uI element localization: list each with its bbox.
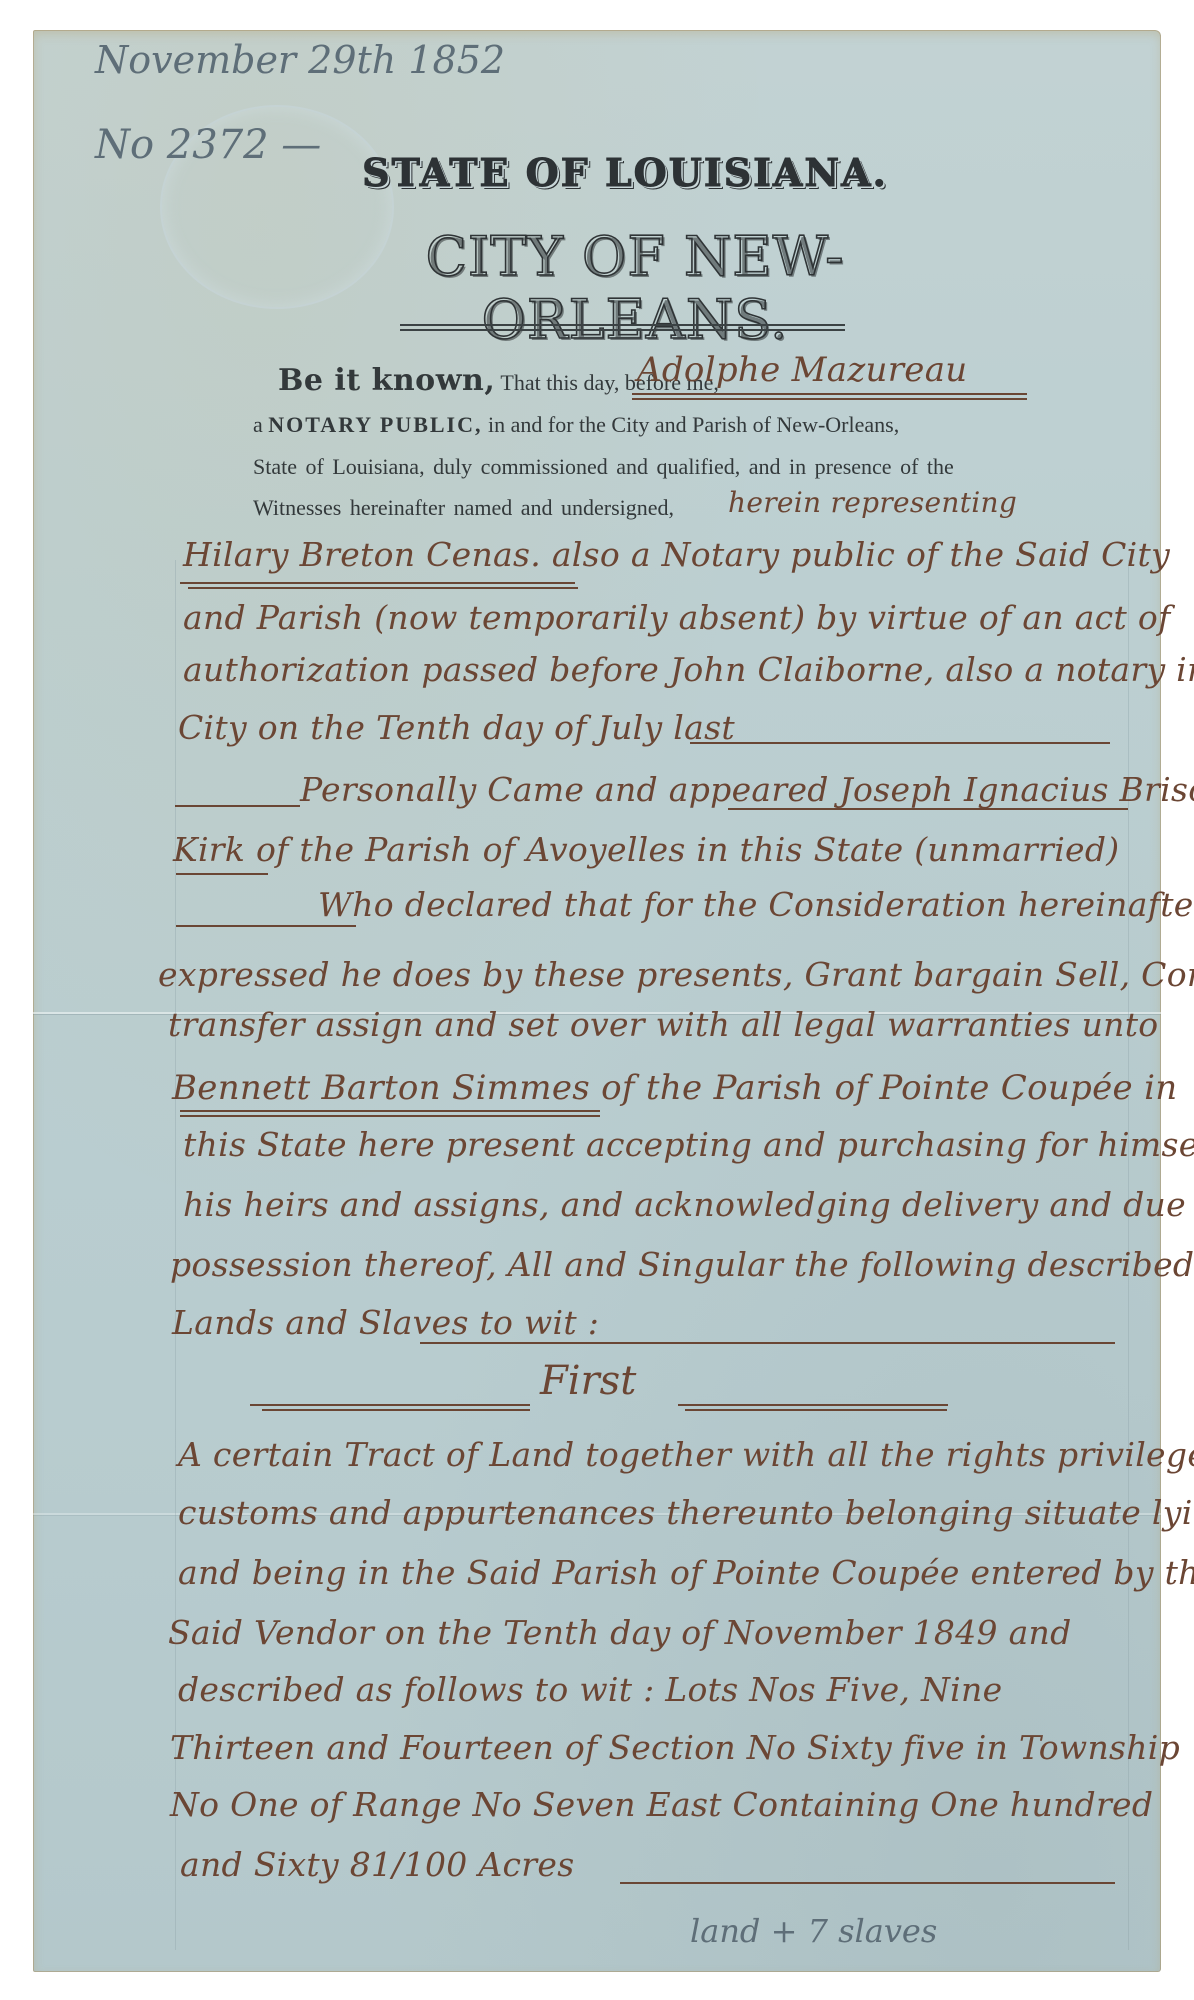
fill-rule	[620, 1882, 1115, 1884]
printed-line-4: Witnesses hereinafter named and undersig…	[253, 495, 674, 521]
handwritten-line: Lands and Slaves to wit :	[172, 1303, 599, 1342]
handwritten-line: No One of Range No Seven East Containing…	[170, 1785, 1153, 1824]
name-underline	[632, 398, 1027, 400]
name-underline	[632, 393, 1027, 395]
handwritten-line: City on the Tenth day of July last	[178, 708, 735, 747]
name-underline	[180, 582, 575, 584]
handwritten-line: and being in the Said Parish of Pointe C…	[178, 1553, 1194, 1592]
printed-line-3: State of Louisiana, duly commissioned an…	[253, 454, 954, 480]
name-underline	[180, 1115, 600, 1117]
heading-rule	[678, 1404, 948, 1406]
handwritten-line: Who declared that for the Consideration …	[318, 885, 1194, 924]
notary-name: Adolphe Mazureau	[637, 350, 968, 390]
handwritten-line: Bennett Barton Simmes of the Parish of P…	[172, 1068, 1177, 1108]
header-rule	[400, 329, 845, 331]
pencil-number: No 2372 —	[95, 122, 321, 168]
section-heading: First	[540, 1358, 636, 1404]
indent-rule	[175, 805, 300, 807]
handwritten-line: and Parish (now temporarily absent) by v…	[183, 598, 1171, 637]
header-rule	[400, 324, 845, 326]
handwritten-line: described as follows to wit : Lots Nos F…	[178, 1670, 1002, 1709]
handwritten-line: A certain Tract of Land together with al…	[178, 1435, 1194, 1474]
handwritten-line: this State here present accepting and pu…	[183, 1125, 1194, 1164]
pencil-footer-note: land + 7 slaves	[690, 1912, 937, 1950]
handwritten-line: customs and appurtenances thereunto belo…	[178, 1493, 1194, 1532]
printed-line-2: a NOTARY PUBLIC, in and for the City and…	[253, 412, 899, 438]
handwritten-line: Hilary Breton Cenas. also a Notary publi…	[183, 535, 1170, 574]
pencil-date: November 29th 1852	[95, 38, 505, 82]
name-underline	[188, 587, 578, 589]
handwritten-line: transfer assign and set over with all le…	[168, 1005, 1158, 1044]
heading-rule	[685, 1409, 947, 1411]
handwritten-line-4-tail: herein representing	[728, 486, 1017, 519]
be-it-known: Be it known,	[278, 363, 495, 398]
fill-rule	[690, 742, 1110, 744]
heading-rule	[262, 1409, 530, 1411]
state-title: STATE OF LOUISIANA.	[355, 150, 895, 195]
handwritten-line: Personally Came and appeared Joseph Igna…	[300, 770, 1194, 809]
handwritten-line: Said Vendor on the Tenth day of November…	[168, 1613, 1072, 1652]
indent-rule	[176, 925, 356, 927]
handwritten-line: his heirs and assigns, and acknowledging…	[183, 1185, 1186, 1224]
fill-rule	[420, 1342, 1115, 1344]
name-underline	[176, 873, 268, 875]
name-underline	[728, 808, 1128, 810]
handwritten-line: possession thereof, All and Singular the…	[170, 1245, 1194, 1284]
handwritten-line: expressed he does by these presents, Gra…	[158, 955, 1194, 994]
handwritten-line: Thirteen and Fourteen of Section No Sixt…	[170, 1728, 1180, 1767]
handwritten-line: and Sixty 81/100 Acres	[180, 1845, 574, 1884]
heading-rule	[250, 1404, 530, 1406]
handwritten-line: authorization passed before John Claibor…	[183, 650, 1194, 689]
name-underline	[180, 1110, 600, 1112]
city-title: CITY OF NEW-ORLEANS.	[285, 225, 985, 351]
handwritten-line: Kirk of the Parish of Avoyelles in this …	[173, 830, 1119, 869]
